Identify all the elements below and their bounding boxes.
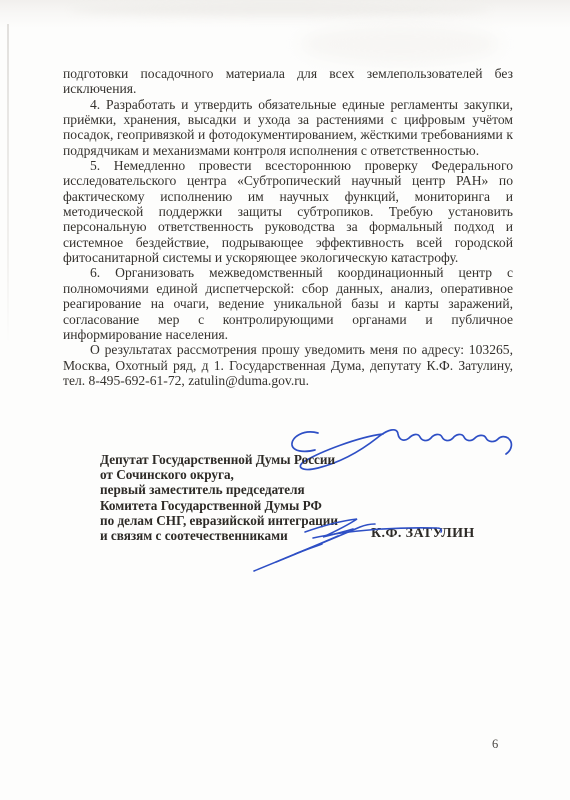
- ink-letter-c: [292, 432, 318, 451]
- scan-artifact-left-edge: [7, 24, 9, 344]
- ink-comma: [506, 439, 511, 454]
- signatory-name: К.Ф. ЗАТУЛИН: [371, 526, 475, 542]
- paragraph-item-5: 5. Немедленно провести всестороннюю пров…: [63, 158, 513, 265]
- paragraph-continuation: подготовки посадочного материала для все…: [63, 66, 513, 97]
- signature-stroke: [295, 544, 322, 554]
- signature-title-line: от Сочинского округа,: [100, 467, 338, 482]
- paragraph-contact-reply: О результатах рассмотрения прошу уведоми…: [63, 342, 513, 388]
- signature-title-line: Депутат Государственной Думы России: [100, 452, 338, 467]
- paragraph-item-6: 6. Организовать межведомственный координ…: [63, 265, 513, 342]
- letter-body: подготовки посадочного материала для все…: [63, 66, 513, 388]
- scan-smudge: [300, 24, 500, 64]
- scan-smudge: [70, 4, 490, 16]
- signature-title-line: по делам СНГ, евразийской интеграции: [100, 513, 338, 528]
- signature-title-line: первый заместитель председателя: [100, 482, 338, 497]
- page-number: 6: [492, 737, 498, 752]
- paragraph-item-4: 4. Разработать и утвердить обязательные …: [63, 97, 513, 158]
- scanned-letter-page: подготовки посадочного материала для все…: [0, 0, 570, 800]
- signature-title-block: Депутат Государственной Думы России от С…: [100, 452, 338, 543]
- signature-title-line: и связям с соотечественниками: [100, 528, 338, 543]
- signature-title-line: Комитета Государственной Думы РФ: [100, 498, 338, 513]
